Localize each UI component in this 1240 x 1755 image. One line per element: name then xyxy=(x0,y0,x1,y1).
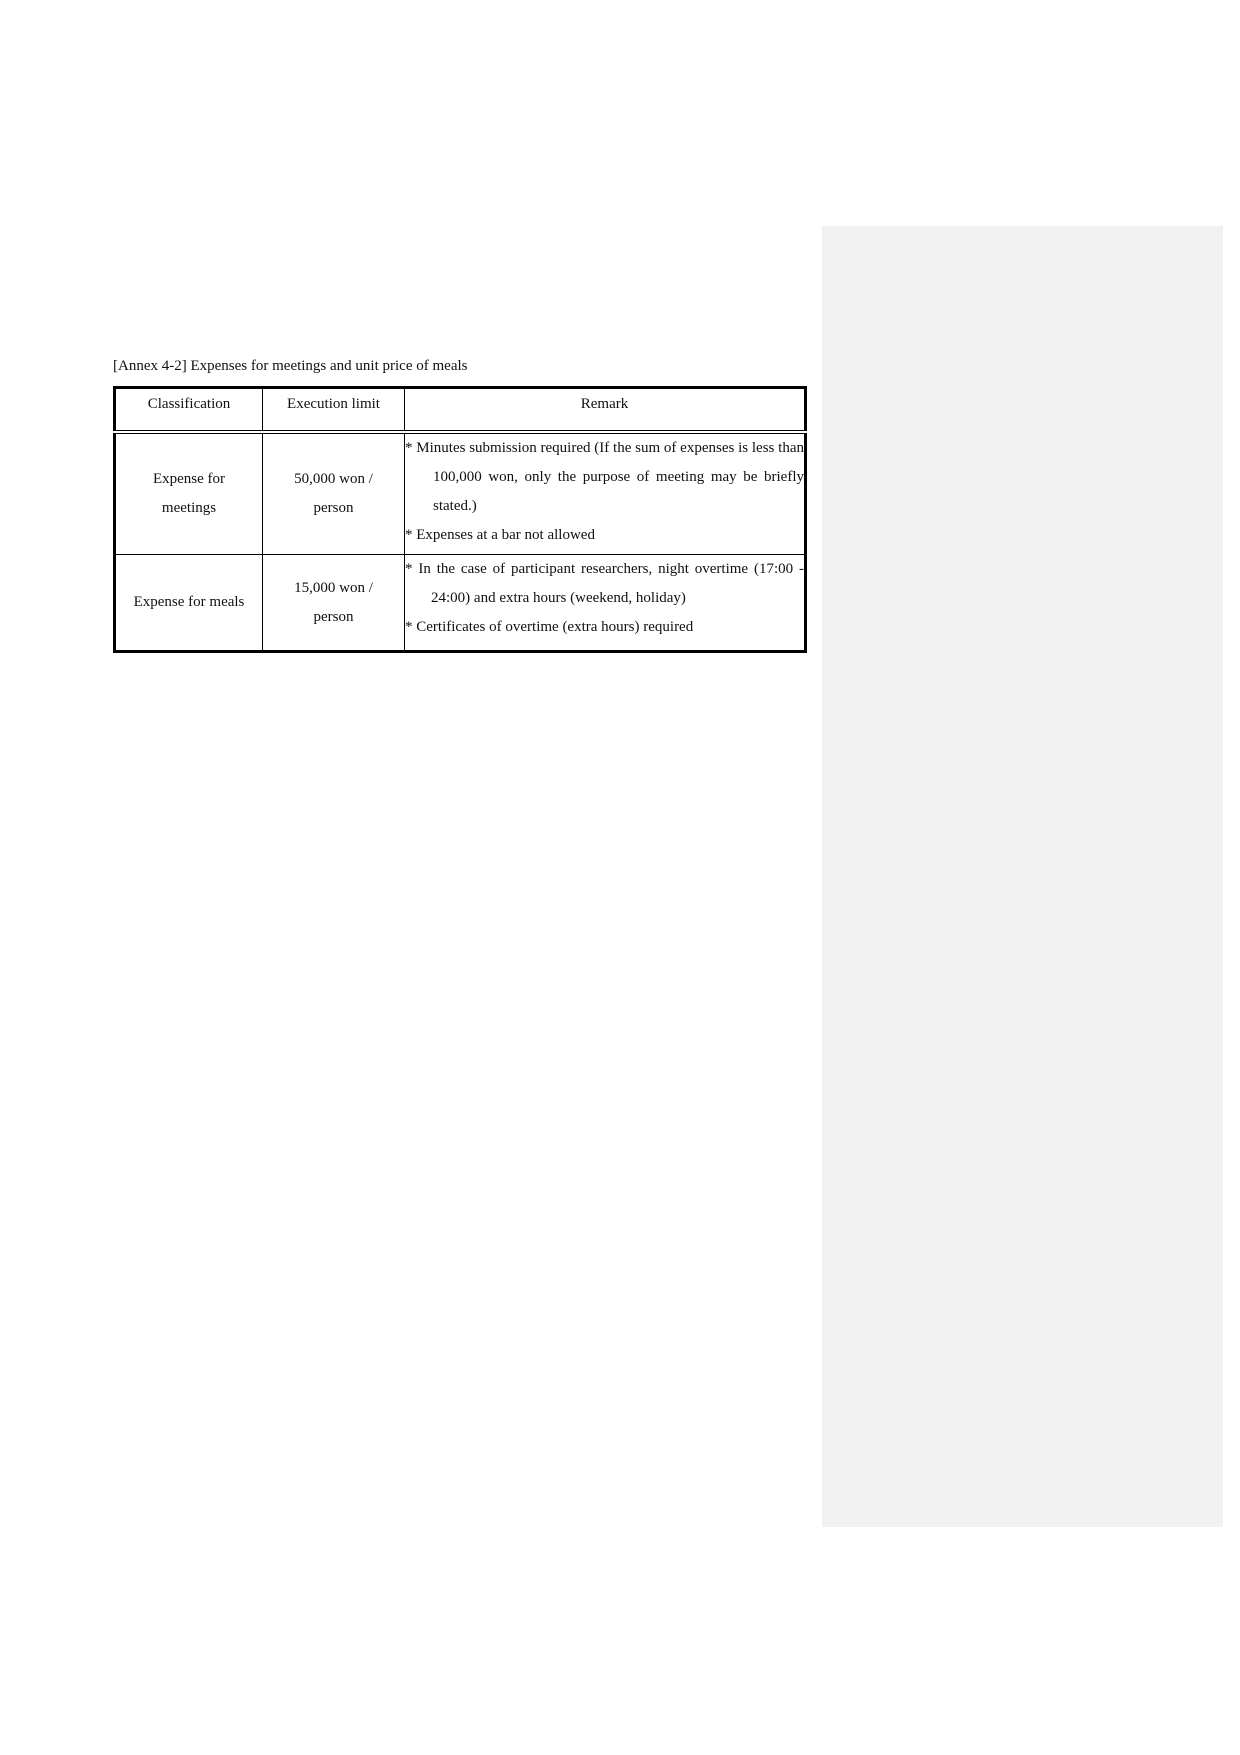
limit-line: person xyxy=(263,603,404,632)
cell-execution-limit: 50,000 won / person xyxy=(263,432,405,555)
comment-margin-pane xyxy=(822,226,1223,1527)
limit-line: 50,000 won / xyxy=(263,465,404,494)
table-row: Expense for meals 15,000 won / person * … xyxy=(115,555,806,652)
cell-execution-limit: 15,000 won / person xyxy=(263,555,405,652)
table-header-row: Classification Execution limit Remark xyxy=(115,388,806,433)
cell-remark: * In the case of participant researchers… xyxy=(405,555,806,652)
cell-classification: Expense for meals xyxy=(115,555,263,652)
expense-table: Classification Execution limit Remark Ex… xyxy=(113,386,807,653)
header-classification: Classification xyxy=(115,388,263,433)
cell-remark: * Minutes submission required (If the su… xyxy=(405,432,806,555)
table-caption: [Annex 4-2] Expenses for meetings and un… xyxy=(113,357,467,375)
classification-line: meetings xyxy=(116,494,262,523)
classification-line: Expense for xyxy=(116,465,262,494)
limit-line: person xyxy=(263,494,404,523)
remark-item: * In the case of participant researchers… xyxy=(405,555,804,613)
header-remark: Remark xyxy=(405,388,806,433)
table-row: Expense for meetings 50,000 won / person… xyxy=(115,432,806,555)
classification-line: Expense for meals xyxy=(116,588,262,617)
cell-classification: Expense for meetings xyxy=(115,432,263,555)
remark-item: * Minutes submission required (If the su… xyxy=(405,434,804,521)
remark-item: * Expenses at a bar not allowed xyxy=(405,521,804,550)
limit-line: 15,000 won / xyxy=(263,574,404,603)
remark-item: * Certificates of overtime (extra hours)… xyxy=(405,613,804,642)
header-execution-limit: Execution limit xyxy=(263,388,405,433)
